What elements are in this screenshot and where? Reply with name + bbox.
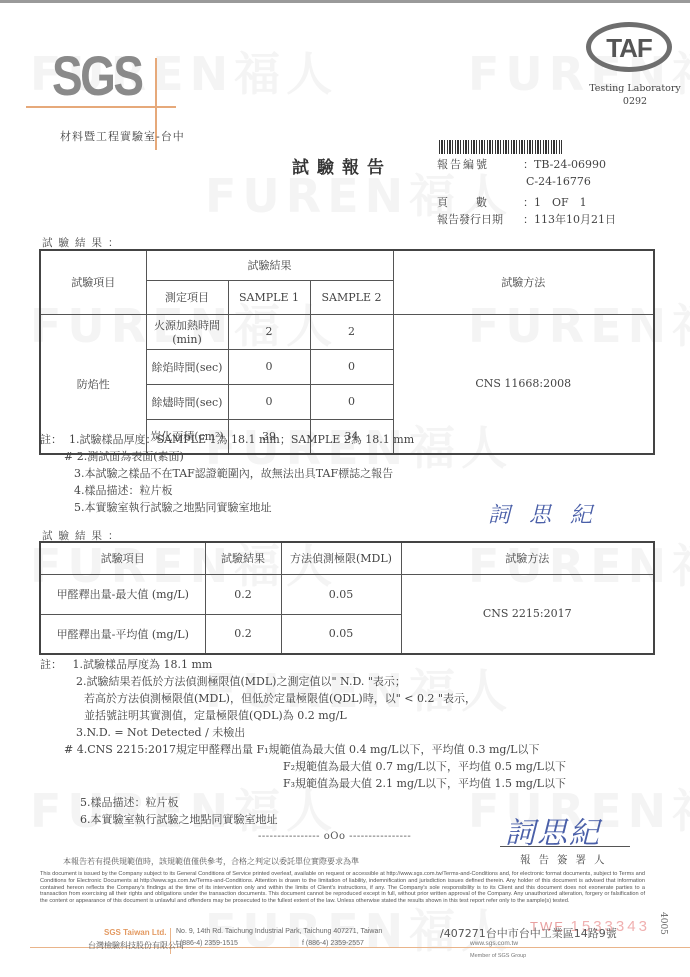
notes-prefix: 註：	[40, 658, 62, 671]
pages-value: 1 OF 1	[534, 196, 587, 209]
table-row: 甲醛釋出量-最大值 (mg/L) 0.2 0.05 CNS 2215:2017	[40, 574, 654, 614]
taf-logo-text: TAF	[582, 33, 676, 64]
lab-name: 材料暨工程實驗室-台中	[60, 128, 185, 144]
test-item: 甲醛釋出量-平均值 (mg/L)	[40, 614, 205, 654]
taf-caption-text: Testing Laboratory	[580, 82, 690, 95]
address-en: No. 9, 14th Rd. Taichung Industrial Park…	[176, 928, 382, 935]
barcode	[439, 140, 562, 154]
test-method: CNS 2215:2017	[401, 574, 654, 654]
note: F₂規範值為最大值 0.7 mg/L以下，平均值 0.5 mg/L以下	[283, 760, 566, 773]
sample-2-value: 0	[310, 349, 393, 384]
note: F₃規範值為最大值 2.1 mg/L以下，平均值 1.5 mg/L以下	[283, 777, 566, 790]
note: 3.N.D. = Not Detected / 未檢出	[76, 726, 245, 739]
report-number: TB-24-06990	[534, 158, 606, 171]
issue-date: 113年10月21日	[534, 213, 616, 226]
pages-label: 頁 數	[437, 194, 523, 210]
mdl-value: 0.05	[281, 574, 401, 614]
company-name-en: SGS Taiwan Ltd.	[104, 928, 167, 937]
sgs-logo-text: SGS	[52, 48, 142, 104]
section-1-notes: 註： 1.試驗樣品厚度：SAMPLE 1為 18.1 mm；SAMPLE 2為 …	[40, 431, 414, 516]
sample-1-value: 0	[228, 349, 310, 384]
section-2-notes: 註： 1.試驗樣品厚度為 18.1 mm 2.試驗結果若低於方法偵測極限值(MD…	[40, 656, 566, 828]
company-name-cn: 台灣檢驗科技股份有限公司	[88, 940, 184, 951]
taf-number: 0292	[580, 95, 690, 108]
note: 1.試驗樣品厚度為 18.1 mm	[73, 658, 213, 671]
measure-item: 火源加熱時間(min)	[146, 314, 228, 349]
signer-label: 報告簽署人	[520, 852, 613, 867]
disclaimer-cn: 本報告若有提供規範值時，該規範值僅供參考，合格之判定以委託單位實際要求為準	[63, 856, 359, 867]
table-row: 防焰性 火源加熱時間(min) 2 2 CNS 11668:2008	[40, 314, 654, 349]
scan-top-edge	[0, 0, 690, 3]
note: 4.樣品描述：粒片板	[74, 484, 173, 497]
flame-retardancy-table: 試驗項目 試驗結果 試驗方法 測定項目 SAMPLE 1 SAMPLE 2 防焰…	[39, 249, 655, 455]
report-number-2: C-24-16776	[526, 175, 591, 188]
header-method: 試驗方法	[393, 250, 654, 314]
note: 6.本實驗室執行試驗之地點同實驗室地址	[80, 813, 278, 826]
header-sample-2: SAMPLE 2	[310, 280, 393, 314]
sample-2-value: 0	[310, 384, 393, 419]
test-item: 甲醛釋出量-最大值 (mg/L)	[40, 574, 205, 614]
end-mark: ---------------- oOo ----------------	[258, 831, 411, 842]
note: # 2.測試面為表面(素面)	[64, 450, 184, 463]
sgs-logo: SGS	[38, 48, 148, 118]
formaldehyde-table: 試驗項目 試驗結果 方法偵測極限(MDL) 試驗方法 甲醛釋出量-最大值 (mg…	[39, 541, 655, 655]
measure-item: 餘燼時間(sec)	[146, 384, 228, 419]
telephone: t (886-4) 2359-1515	[176, 940, 238, 947]
sgs-logo-hline	[26, 106, 176, 108]
result-value: 0.2	[205, 614, 281, 654]
document-title: 試驗報告	[292, 153, 392, 178]
taf-caption: Testing Laboratory 0292	[580, 82, 690, 108]
mdl-value: 0.05	[281, 614, 401, 654]
report-number-row: 報告編號：TB-24-06990	[437, 156, 606, 172]
header-test-item: 試驗項目	[40, 542, 205, 574]
note: 並括號註明其實測值，定量極限值(QDL)為 0.2 mg/L	[84, 709, 347, 722]
note: 1.試驗樣品厚度：SAMPLE 1為 18.1 mm；SAMPLE 2為 18.…	[69, 433, 414, 446]
header-sample-1: SAMPLE 1	[228, 280, 310, 314]
measure-item: 餘焰時間(sec)	[146, 349, 228, 384]
header-method: 試驗方法	[401, 542, 654, 574]
report-number-label: 報告編號	[437, 156, 523, 172]
header-result: 試驗結果	[205, 542, 281, 574]
taf-logo: TAF	[582, 20, 682, 78]
header-results: 試驗結果	[146, 250, 393, 280]
signature-line	[500, 846, 630, 847]
test-method: CNS 11668:2008	[393, 314, 654, 454]
note: # 4.CNS 2215:2017規定甲醛釋出量 F₁規範值為最大值 0.4 m…	[64, 743, 539, 756]
terms-fine-print: This document is issued by the Company s…	[40, 871, 645, 905]
member-text: Member of SGS Group	[470, 953, 526, 959]
fax: f (886-4) 2359-2557	[302, 940, 364, 947]
note: 若高於方法偵測極限值(MDL)，但低於定量極限值(QDL)時，以" < 0.2 …	[84, 692, 476, 705]
note: 3.本試驗之樣品不在TAF認證範圍內，故無法出具TAF標誌之報告	[74, 467, 393, 480]
header-measure-item: 測定項目	[146, 280, 228, 314]
address-cn: /407271台中市台中工業區14路9號	[440, 925, 617, 941]
sample-1-value: 2	[228, 314, 310, 349]
header-mdl: 方法偵測極限(MDL)	[281, 542, 401, 574]
section-1-label: 試驗結果：	[42, 235, 125, 250]
sample-2-value: 2	[310, 314, 393, 349]
header-test-item: 試驗項目	[40, 250, 146, 314]
note: 2.試驗結果若低於方法偵測極限值(MDL)之測定值以" N.D. "表示；	[76, 675, 406, 688]
result-value: 0.2	[205, 574, 281, 614]
sample-1-value: 0	[228, 384, 310, 419]
note: 5.樣品描述：粒片板	[80, 796, 179, 809]
pages-row: 頁 數：1 OF 1	[437, 194, 587, 210]
issue-date-label: 報告發行日期	[437, 211, 523, 227]
signature-1: 詞 思 紀	[488, 498, 598, 529]
issue-date-row: 報告發行日期：113年10月21日	[437, 211, 616, 227]
note: 5.本實驗室執行試驗之地點同實驗室地址	[74, 501, 272, 514]
notes-prefix: 註：	[40, 433, 62, 446]
website-link[interactable]: www.sgs.com.tw	[470, 940, 518, 947]
side-number: 4005	[658, 912, 668, 935]
